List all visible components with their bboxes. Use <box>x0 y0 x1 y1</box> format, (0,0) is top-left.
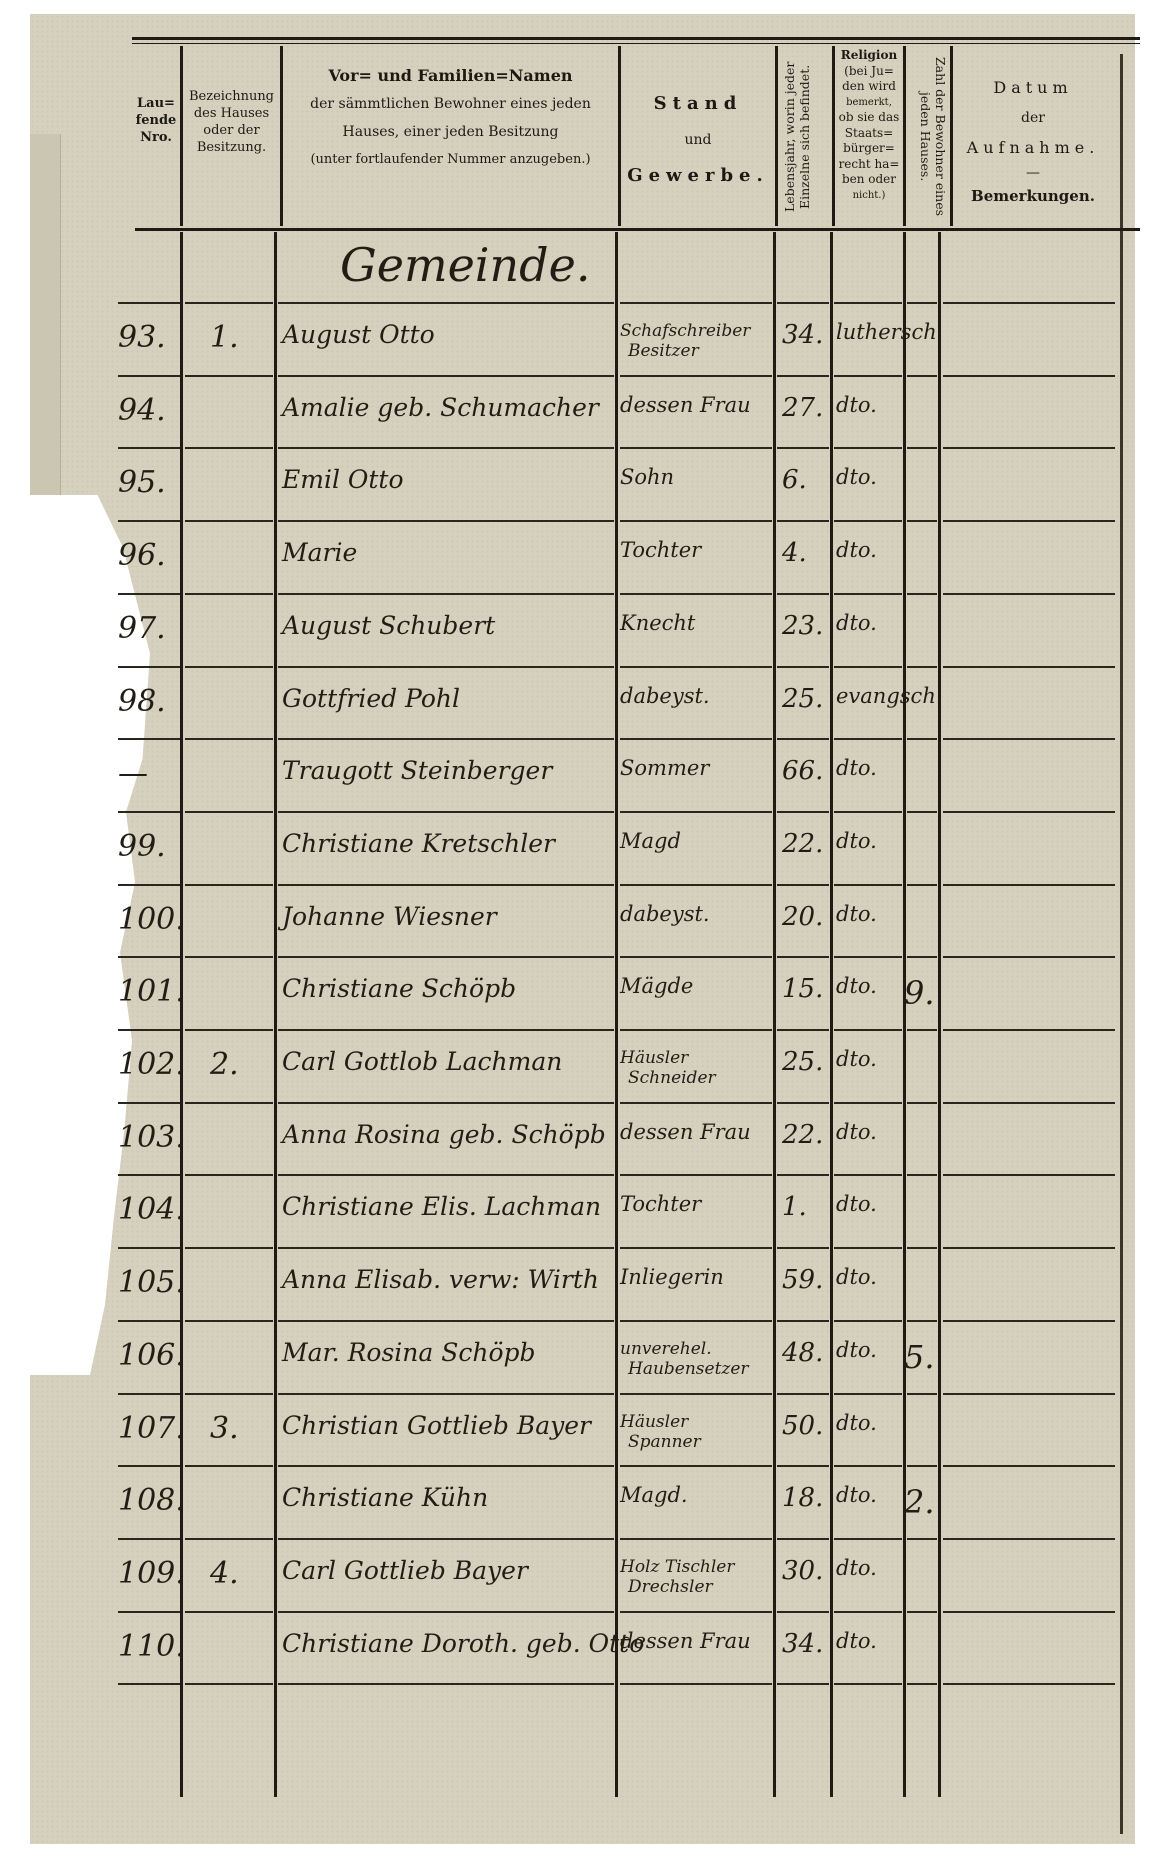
row-divider <box>278 956 614 958</box>
religion: dto. <box>836 538 877 562</box>
religion: dto. <box>836 1265 877 1289</box>
row-divider <box>907 375 937 377</box>
row-divider <box>118 884 180 886</box>
age: 6. <box>782 465 807 495</box>
religion: dto. <box>836 1047 877 1071</box>
header-text: Gewerbe. <box>621 157 775 195</box>
row-divider <box>907 811 937 813</box>
row-number: 110. <box>118 1629 185 1664</box>
age: 25. <box>782 684 823 714</box>
header-text: der <box>953 104 1113 132</box>
row-divider <box>907 1174 937 1176</box>
row-number: 109. <box>118 1556 185 1591</box>
row-divider <box>907 1029 937 1031</box>
row-divider <box>118 1174 180 1176</box>
row-divider <box>278 1393 614 1395</box>
row-divider <box>278 1247 614 1249</box>
row-divider <box>278 1102 614 1104</box>
occupation: dessen Frau <box>620 393 751 417</box>
resident-name: Christiane Kühn <box>282 1483 488 1512</box>
row-divider <box>943 447 1115 449</box>
resident-name: Mar. Rosina Schöpb <box>282 1338 536 1367</box>
age: 22. <box>782 1120 823 1150</box>
top-rule-thin <box>132 43 1140 44</box>
row-divider <box>118 375 180 377</box>
row-divider <box>620 1247 772 1249</box>
row-divider <box>185 1538 273 1540</box>
row-divider <box>834 593 902 595</box>
row-number: 105. <box>118 1265 185 1300</box>
row-number: 100. <box>118 902 185 937</box>
religion: dto. <box>836 1483 877 1507</box>
col-rule <box>775 46 778 226</box>
row-divider <box>777 520 829 522</box>
row-divider <box>185 666 273 668</box>
religion: dto. <box>836 1556 877 1580</box>
row-divider <box>185 1102 273 1104</box>
occupation: unverehel. <box>620 1340 712 1359</box>
row-divider <box>118 1683 180 1685</box>
row-divider <box>185 1247 273 1249</box>
row-number: 95. <box>118 465 166 500</box>
row-divider <box>620 1538 772 1540</box>
col-rule <box>274 232 277 1797</box>
header-text: Lau= <box>132 95 180 112</box>
religion: dto. <box>836 1411 877 1435</box>
row-divider <box>907 593 937 595</box>
header-text: des Hauses <box>183 105 280 122</box>
row-number: — <box>118 756 148 791</box>
religion: luthersch <box>836 320 937 344</box>
row-divider <box>118 1611 180 1613</box>
section-title: Gemeinde. <box>340 238 590 292</box>
row-divider <box>118 1247 180 1249</box>
row-divider <box>777 666 829 668</box>
row-divider <box>185 302 273 304</box>
religion: evangsch. <box>836 684 943 708</box>
age: 34. <box>782 320 823 350</box>
row-divider <box>907 1320 937 1322</box>
age: 27. <box>782 393 823 423</box>
row-divider <box>777 884 829 886</box>
row-divider <box>278 1029 614 1031</box>
occupation: dabeyst. <box>620 684 710 708</box>
age: 25. <box>782 1047 823 1077</box>
row-divider <box>943 1611 1115 1613</box>
row-divider <box>943 666 1115 668</box>
resident-name: Christiane Elis. Lachman <box>282 1192 601 1221</box>
row-divider <box>907 666 937 668</box>
header-text: Besitzung. <box>183 139 280 156</box>
occupation: Tochter <box>620 1192 701 1216</box>
col-rule <box>830 232 833 1797</box>
household-count: 5. <box>904 1338 935 1376</box>
resident-name: Traugott Steinberger <box>282 756 552 785</box>
row-divider <box>278 375 614 377</box>
row-divider <box>620 1683 772 1685</box>
row-divider <box>907 1393 937 1395</box>
row-divider <box>278 1611 614 1613</box>
row-divider <box>620 1465 772 1467</box>
row-divider <box>278 1683 614 1685</box>
row-divider <box>777 1538 829 1540</box>
row-divider <box>620 1029 772 1031</box>
resident-name: Emil Otto <box>282 465 404 494</box>
age: 15. <box>782 974 823 1004</box>
row-divider <box>118 738 180 740</box>
row-divider <box>777 1683 829 1685</box>
row-divider <box>118 811 180 813</box>
occupation-line2: Schneider <box>628 1069 716 1088</box>
col-rule <box>938 232 941 1797</box>
row-divider <box>185 956 273 958</box>
age: 1. <box>782 1192 807 1222</box>
row-divider <box>620 375 772 377</box>
row-divider <box>777 1029 829 1031</box>
row-divider <box>834 738 902 740</box>
header-text: Hauses, einer jeden Besitzung <box>283 118 618 146</box>
col-rule <box>903 46 906 226</box>
header-text: bürger= <box>835 141 903 157</box>
row-divider <box>777 375 829 377</box>
row-divider <box>620 884 772 886</box>
row-divider <box>834 1683 902 1685</box>
row-divider <box>943 1683 1115 1685</box>
header-text: Aufnahme. <box>953 132 1113 164</box>
religion: dto. <box>836 465 877 489</box>
occupation: dessen Frau <box>620 1629 751 1653</box>
row-divider <box>907 1538 937 1540</box>
row-divider <box>118 520 180 522</box>
religion: dto. <box>836 974 877 998</box>
row-divider <box>943 375 1115 377</box>
header-text: den wird <box>835 79 903 95</box>
occupation: dessen Frau <box>620 1120 751 1144</box>
header-bottom-rule <box>135 228 1140 231</box>
resident-name: Christiane Schöpb <box>282 974 516 1003</box>
row-divider <box>777 956 829 958</box>
header-house: Bezeichnung des Hauses oder der Besitzun… <box>183 88 280 156</box>
header-text: Religion <box>835 48 903 64</box>
row-divider <box>620 811 772 813</box>
row-divider <box>777 1393 829 1395</box>
occupation: Magd <box>620 829 681 853</box>
resident-name: Amalie geb. Schumacher <box>282 393 599 422</box>
religion: dto. <box>836 1192 877 1216</box>
top-rule <box>132 37 1140 40</box>
occupation: Schafschreiber <box>620 322 750 341</box>
row-divider <box>278 1538 614 1540</box>
row-divider <box>620 302 772 304</box>
row-divider <box>185 1174 273 1176</box>
age: 50. <box>782 1411 823 1441</box>
row-divider <box>777 1247 829 1249</box>
row-divider <box>907 1683 937 1685</box>
row-divider <box>185 520 273 522</box>
resident-name: Christian Gottlieb Bayer <box>282 1411 591 1440</box>
row-divider <box>777 1465 829 1467</box>
row-divider <box>834 520 902 522</box>
row-divider <box>777 1102 829 1104</box>
row-divider <box>185 1465 273 1467</box>
resident-name: Carl Gottlob Lachman <box>282 1047 562 1076</box>
row-divider <box>620 956 772 958</box>
row-divider <box>834 1320 902 1322</box>
row-divider <box>943 884 1115 886</box>
row-divider <box>943 1393 1115 1395</box>
row-divider <box>943 1247 1115 1249</box>
header-text: Datum <box>953 72 1113 104</box>
row-divider <box>943 1174 1115 1176</box>
row-number: 97. <box>118 611 166 646</box>
header-text: oder der <box>183 122 280 139</box>
occupation-line2: Besitzer <box>628 342 699 361</box>
header-text: nicht.) <box>835 188 903 204</box>
row-divider <box>834 302 902 304</box>
religion: dto. <box>836 1120 877 1144</box>
religion: dto. <box>836 829 877 853</box>
row-divider <box>185 884 273 886</box>
header-text: (bei Ju= <box>835 64 903 80</box>
row-divider <box>278 884 614 886</box>
row-divider <box>118 1029 180 1031</box>
row-divider <box>620 738 772 740</box>
row-divider <box>777 1320 829 1322</box>
row-divider <box>907 1465 937 1467</box>
age: 23. <box>782 611 823 641</box>
row-divider <box>834 1393 902 1395</box>
row-divider <box>834 884 902 886</box>
occupation: Knecht <box>620 611 695 635</box>
row-divider <box>834 1029 902 1031</box>
row-divider <box>834 1247 902 1249</box>
religion: dto. <box>836 1629 877 1653</box>
row-divider <box>620 1611 772 1613</box>
row-divider <box>185 375 273 377</box>
religion: dto. <box>836 902 877 926</box>
occupation: Holz Tischler <box>620 1558 734 1577</box>
header-text: (unter fortlaufender Nummer anzugeben.) <box>283 146 618 174</box>
resident-name: Anna Elisab. verw: Wirth <box>282 1265 599 1294</box>
row-divider <box>777 1174 829 1176</box>
resident-name: Marie <box>282 538 357 567</box>
occupation: Häusler <box>620 1049 688 1068</box>
row-number: 101. <box>118 974 185 1009</box>
col-rule <box>903 232 906 1797</box>
occupation-line2: Drechsler <box>628 1578 713 1597</box>
row-number: 103. <box>118 1120 185 1155</box>
occupation: Magd. <box>620 1483 688 1507</box>
header-text: Bemerkungen. <box>953 182 1113 210</box>
page-edge <box>30 134 61 514</box>
row-divider <box>834 1538 902 1540</box>
row-divider <box>118 302 180 304</box>
row-number: 102. <box>118 1047 185 1082</box>
occupation: Inliegerin <box>620 1265 724 1289</box>
age: 18. <box>782 1483 823 1513</box>
religion: dto. <box>836 756 877 780</box>
row-divider <box>185 811 273 813</box>
row-divider <box>185 1393 273 1395</box>
row-divider <box>907 1247 937 1249</box>
resident-name: Gottfried Pohl <box>282 684 460 713</box>
age: 20. <box>782 902 823 932</box>
religion: dto. <box>836 611 877 635</box>
row-divider <box>185 738 273 740</box>
header-text: — <box>953 164 1113 182</box>
row-divider <box>943 593 1115 595</box>
row-divider <box>620 520 772 522</box>
row-divider <box>834 956 902 958</box>
header-text: recht ha= <box>835 157 903 173</box>
row-divider <box>943 1320 1115 1322</box>
occupation: Sohn <box>620 465 674 489</box>
row-divider <box>907 1102 937 1104</box>
row-number: 106. <box>118 1338 185 1373</box>
occupation: Häusler <box>620 1413 688 1432</box>
header-text: ben oder <box>835 172 903 188</box>
row-divider <box>620 1393 772 1395</box>
row-divider <box>620 1102 772 1104</box>
row-divider <box>834 1611 902 1613</box>
row-divider <box>620 666 772 668</box>
header-text: Nro. <box>132 129 180 146</box>
row-divider <box>118 1538 180 1540</box>
row-divider <box>907 447 937 449</box>
row-divider <box>777 593 829 595</box>
page-binding <box>1120 54 1123 1834</box>
religion: dto. <box>836 393 877 417</box>
row-divider <box>620 1320 772 1322</box>
row-divider <box>620 1174 772 1176</box>
header-text: fende <box>132 112 180 129</box>
header-text: Staats= <box>835 126 903 142</box>
row-divider <box>777 738 829 740</box>
row-divider <box>943 302 1115 304</box>
row-divider <box>907 302 937 304</box>
row-divider <box>118 956 180 958</box>
row-number: 98. <box>118 684 166 719</box>
household-count: 2. <box>904 1483 935 1521</box>
house-number: 4. <box>210 1556 239 1591</box>
religion: dto. <box>836 1338 877 1362</box>
age: 4. <box>782 538 807 568</box>
row-divider <box>834 447 902 449</box>
row-divider <box>118 593 180 595</box>
header-stand: Stand und Gewerbe. <box>621 85 775 195</box>
row-divider <box>118 447 180 449</box>
col-rule <box>773 232 776 1797</box>
resident-name: Anna Rosina geb. Schöpb <box>282 1120 606 1149</box>
row-number: 96. <box>118 538 166 573</box>
header-text: ob sie das <box>835 110 903 126</box>
row-divider <box>943 1538 1115 1540</box>
header-text: und <box>621 123 775 157</box>
occupation-line2: Spanner <box>628 1433 701 1452</box>
row-divider <box>943 956 1115 958</box>
occupation: Tochter <box>620 538 701 562</box>
house-number: 1. <box>210 320 239 355</box>
occupation: Sommer <box>620 756 709 780</box>
row-divider <box>118 1465 180 1467</box>
row-divider <box>118 1320 180 1322</box>
row-divider <box>943 1102 1115 1104</box>
row-divider <box>834 375 902 377</box>
row-divider <box>118 1393 180 1395</box>
occupation: Mägde <box>620 974 693 998</box>
header-text: der sämmtlichen Bewohner eines jeden <box>283 90 618 118</box>
occupation-line2: Haubensetzer <box>628 1360 749 1379</box>
row-number: 107. <box>118 1411 185 1446</box>
row-divider <box>278 593 614 595</box>
row-number: 94. <box>118 393 166 428</box>
row-divider <box>185 593 273 595</box>
row-divider <box>278 666 614 668</box>
row-divider <box>777 811 829 813</box>
household-count: 9. <box>904 974 935 1012</box>
row-divider <box>777 302 829 304</box>
row-divider <box>185 447 273 449</box>
row-divider <box>834 1465 902 1467</box>
row-divider <box>777 1611 829 1613</box>
row-number: 93. <box>118 320 166 355</box>
row-divider <box>118 666 180 668</box>
age: 22. <box>782 829 823 859</box>
header-age: Lebensjahr, worin jeder Einzelne sich be… <box>782 52 828 222</box>
row-divider <box>943 1465 1115 1467</box>
row-divider <box>185 1320 273 1322</box>
row-divider <box>907 956 937 958</box>
header-religion: Religion (bei Ju= den wird bemerkt, ob s… <box>835 48 903 203</box>
row-number: 99. <box>118 829 166 864</box>
header-nr: Lau= fende Nro. <box>132 95 180 146</box>
row-divider <box>907 1611 937 1613</box>
row-divider <box>278 738 614 740</box>
row-number: 104. <box>118 1192 185 1227</box>
header-date: Datum der Aufnahme. — Bemerkungen. <box>953 72 1113 210</box>
row-divider <box>620 593 772 595</box>
row-divider <box>185 1029 273 1031</box>
col-rule <box>615 232 618 1797</box>
row-divider <box>907 520 937 522</box>
row-divider <box>278 447 614 449</box>
row-divider <box>278 811 614 813</box>
row-divider <box>943 738 1115 740</box>
row-divider <box>834 1102 902 1104</box>
age: 30. <box>782 1556 823 1586</box>
row-divider <box>907 884 937 886</box>
header-text: Bezeichnung <box>183 88 280 105</box>
age: 59. <box>782 1265 823 1295</box>
resident-name: August Schubert <box>282 611 495 640</box>
row-divider <box>185 1683 273 1685</box>
row-divider <box>185 1611 273 1613</box>
resident-name: Christiane Doroth. geb. Otto <box>282 1629 644 1658</box>
row-divider <box>118 1102 180 1104</box>
row-divider <box>620 447 772 449</box>
age: 48. <box>782 1338 823 1368</box>
row-divider <box>834 666 902 668</box>
row-divider <box>834 811 902 813</box>
row-divider <box>907 738 937 740</box>
row-divider <box>278 1174 614 1176</box>
header-names: Vor= und Familien=Namen der sämmtlichen … <box>283 62 618 174</box>
header-text: bemerkt, <box>835 95 903 111</box>
row-number: 108. <box>118 1483 185 1518</box>
house-number: 3. <box>210 1411 239 1446</box>
row-divider <box>278 520 614 522</box>
age: 66. <box>782 756 823 786</box>
